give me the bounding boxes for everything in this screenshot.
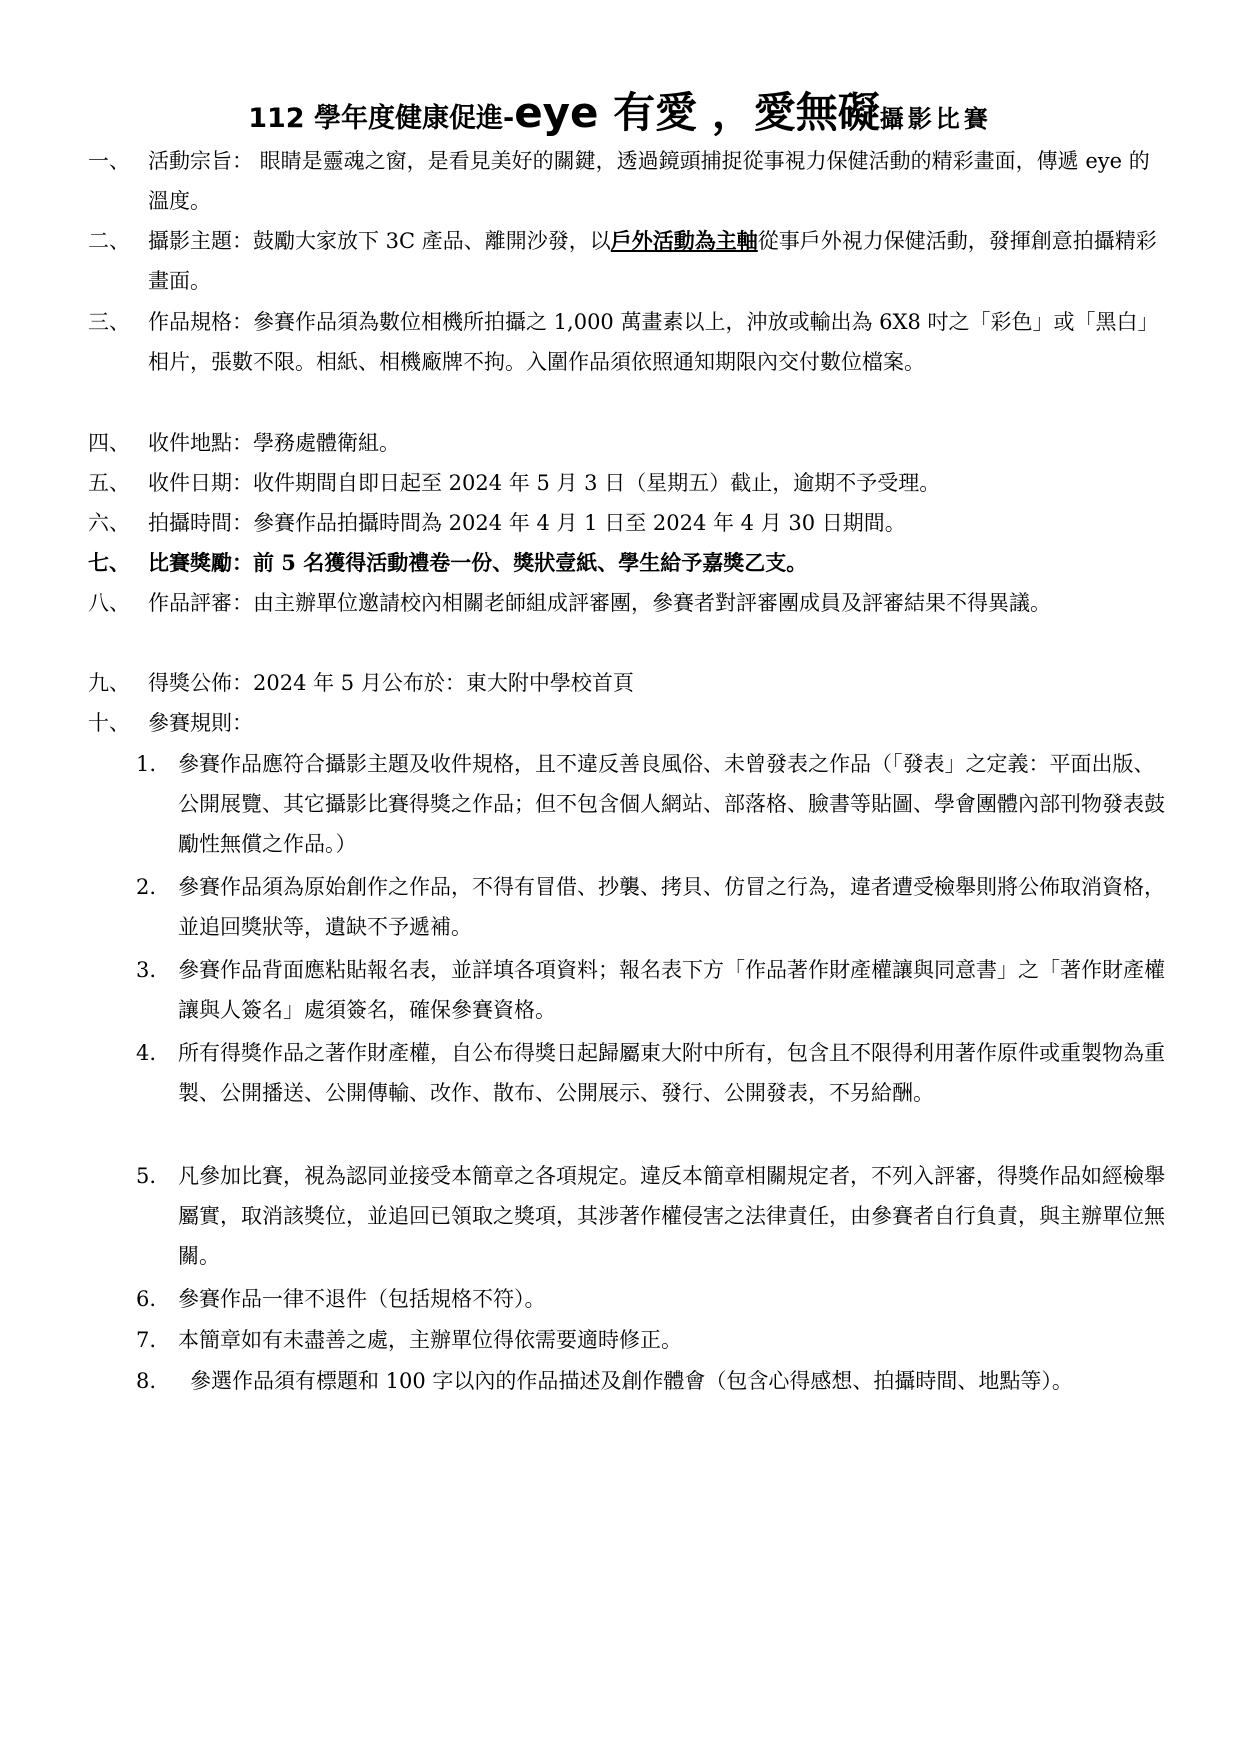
rule-number: 7. — [136, 1320, 178, 1360]
rule-item: 5. 凡參加比賽，視為認同並接受本簡章之各項規定。違反本簡章相關規定者，不列入評… — [136, 1156, 1168, 1278]
section-text: 參賽作品拍攝時間為 2024 年 4 月 1 日至 2024 年 4 月 30 … — [253, 511, 906, 535]
section-specs: 三、 作品規格：參賽作品須為數位相機所拍攝之 1,000 萬畫素以上，沖放或輸出… — [88, 302, 1168, 382]
section-label: 作品規格： — [148, 310, 253, 334]
emphasis-text: 戶外活動為主軸 — [611, 228, 758, 253]
section-number: 三、 — [88, 302, 148, 382]
section-label: 收件日期： — [148, 471, 253, 495]
rule-text: 參賽作品應符合攝影主題及收件規格，且不違反善良風俗、未曾發表之作品（「發表」之定… — [178, 744, 1168, 866]
section-label: 收件地點： — [148, 431, 253, 455]
title-main: eye 有愛 ，愛無礙 — [514, 88, 880, 137]
section-number: 十、 — [88, 703, 148, 743]
rule-text: 參賽作品一律不退件（包括規格不符）。 — [178, 1279, 1168, 1319]
rule-number: 3. — [136, 950, 178, 1032]
section-label: 拍攝時間： — [148, 511, 253, 535]
section-number: 四、 — [88, 423, 148, 463]
section-announcement: 九、 得獎公佈：2024 年 5 月公布於：東大附中學校首頁 — [88, 663, 1168, 703]
title-prefix: 112 學年度健康促進- — [248, 103, 514, 134]
section-number: 九、 — [88, 663, 148, 703]
rule-text: 參賽作品須為原始創作之作品，不得有冒借、抄襲、拷貝、仿冒之行為，違者遭受檢舉則將… — [178, 867, 1168, 949]
section-awards: 七、 比賽獎勵：前 5 名獲得活動禮卷一份、獎狀壹紙、學生給予嘉獎乙支。 — [88, 543, 1168, 583]
section-text: 收件期間自即日起至 2024 年 5 月 3 日（星期五）截止，逾期不予受理。 — [253, 471, 940, 495]
section-location: 四、 收件地點：學務處體衛組。 — [88, 423, 1168, 463]
section-number: 六、 — [88, 503, 148, 543]
rule-number: 1. — [136, 744, 178, 866]
section-text: 眼睛是靈魂之窗，是看見美好的關鍵，透過鏡頭捕捉從事視力保健活動的精彩畫面，傳遞 … — [148, 149, 1150, 213]
title-suffix: 攝影比賽 — [880, 105, 992, 133]
section-label: 攝影主題： — [148, 229, 253, 253]
section-label: 參賽規則： — [148, 711, 253, 735]
rules-list: 1. 參賽作品應符合攝影主題及收件規格，且不違反善良風俗、未曾發表之作品（「發表… — [136, 744, 1168, 1444]
section-label: 得獎公佈： — [148, 671, 253, 695]
rule-text: 本簡章如有未盡善之處，主辦單位得依需要適時修正。 — [178, 1320, 1168, 1360]
section-shooting-period: 六、 拍攝時間：參賽作品拍攝時間為 2024 年 4 月 1 日至 2024 年… — [88, 503, 1168, 543]
rule-text: 凡參加比賽，視為認同並接受本簡章之各項規定。違反本簡章相關規定者，不列入評審，得… — [178, 1156, 1168, 1278]
section-theme: 二、 攝影主題：鼓勵大家放下 3C 產品、離開沙發，以戶外活動為主軸從事戶外視力… — [88, 221, 1168, 301]
section-label: 活動宗旨： — [148, 149, 253, 173]
rule-text: 所有得獎作品之著作財產權，自公布得獎日起歸屬東大附中所有，包含且不限得利用著作原… — [178, 1033, 1168, 1155]
rule-item: 8. 參選作品須有標題和 100 字以內的作品描述及創作體會（包含心得感想、拍攝… — [136, 1361, 1168, 1443]
section-label: 作品評審： — [148, 591, 253, 615]
section-text: 前 5 名獲得活動禮卷一份、獎狀壹紙、學生給予嘉獎乙支。 — [253, 550, 807, 575]
section-rules: 十、 參賽規則： — [88, 703, 1168, 743]
rule-number: 4. — [136, 1033, 178, 1155]
section-text: 2024 年 5 月公布於：東大附中學校首頁 — [253, 671, 634, 695]
section-purpose: 一、 活動宗旨： 眼睛是靈魂之窗，是看見美好的關鍵，透過鏡頭捕捉從事視力保健活動… — [88, 141, 1168, 221]
rule-item: 4. 所有得獎作品之著作財產權，自公布得獎日起歸屬東大附中所有，包含且不限得利用… — [136, 1033, 1168, 1155]
rule-item: 2. 參賽作品須為原始創作之作品，不得有冒借、抄襲、拷貝、仿冒之行為，違者遭受檢… — [136, 867, 1168, 949]
rule-item: 1. 參賽作品應符合攝影主題及收件規格，且不違反善良風俗、未曾發表之作品（「發表… — [136, 744, 1168, 866]
section-label: 比賽獎勵： — [148, 550, 253, 575]
section-deadline: 五、 收件日期：收件期間自即日起至 2024 年 5 月 3 日（星期五）截止，… — [88, 463, 1168, 503]
rule-item: 3. 參賽作品背面應粘貼報名表，並詳填各項資料；報名表下方「作品著作財產權讓與同… — [136, 950, 1168, 1032]
section-text: 鼓勵大家放下 3C 產品、離開沙發，以 — [253, 229, 611, 253]
section-number: 二、 — [88, 221, 148, 301]
rule-number: 2. — [136, 867, 178, 949]
section-judging: 八、 作品評審：由主辦單位邀請校內相關老師組成評審團，參賽者對評審團成員及評審結… — [88, 583, 1168, 623]
section-number: 五、 — [88, 463, 148, 503]
rule-item: 6. 參賽作品一律不退件（包括規格不符）。 — [136, 1279, 1168, 1319]
section-number: 七、 — [88, 543, 148, 583]
section-text: 學務處體衛組。 — [253, 431, 400, 455]
section-text: 參賽作品須為數位相機所拍攝之 1,000 萬畫素以上，沖放或輸出為 6X8 吋之… — [148, 310, 1159, 374]
section-number: 八、 — [88, 583, 148, 623]
rule-number: 5. — [136, 1156, 178, 1278]
document-title: 112 學年度健康促進-eye 有愛 ，愛無礙攝影比賽 — [0, 92, 1240, 134]
rule-number: 8. — [136, 1361, 190, 1443]
rule-number: 6. — [136, 1279, 178, 1319]
rule-text: 參賽作品背面應粘貼報名表，並詳填各項資料；報名表下方「作品著作財產權讓與同意書」… — [178, 950, 1168, 1032]
section-number: 一、 — [88, 141, 148, 221]
rule-item: 7. 本簡章如有未盡善之處，主辦單位得依需要適時修正。 — [136, 1320, 1168, 1360]
section-text: 由主辦單位邀請校內相關老師組成評審團，參賽者對評審團成員及評審結果不得異議。 — [253, 591, 1051, 615]
rule-text: 參選作品須有標題和 100 字以內的作品描述及創作體會（包含心得感想、拍攝時間、… — [190, 1361, 1168, 1443]
